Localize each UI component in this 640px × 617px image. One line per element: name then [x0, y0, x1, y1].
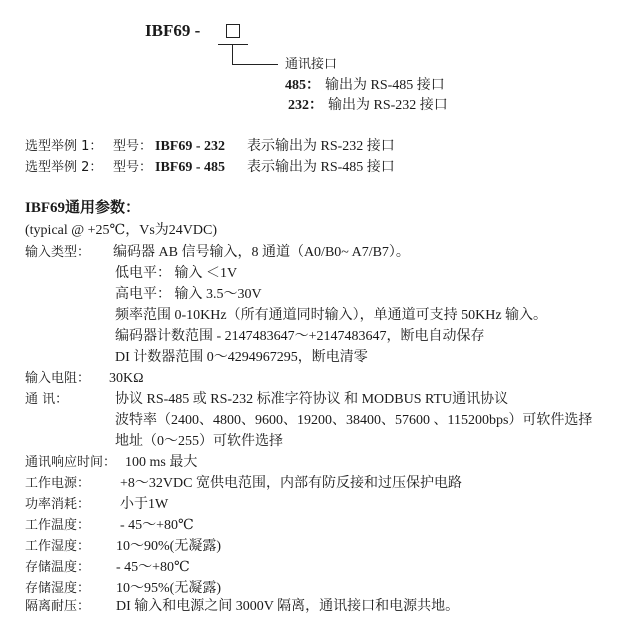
example-1-label: 选型举例 1：: [25, 138, 102, 156]
option-desc-485: 输出为 RS-485 接口: [325, 77, 445, 95]
example-2-model-label: 型号：: [113, 159, 152, 177]
input-high-level: 高电平： 输入 3.5～30V: [115, 286, 262, 304]
input-type-value: 编码器 AB 信号输入，8 通道（A0/B0~ A7/B7）。: [113, 244, 410, 262]
example-1-desc: 表示输出为 RS-232 接口: [247, 138, 395, 156]
operating-temp-label: 工作温度：: [25, 517, 90, 535]
isolation-label: 隔离耐压：: [25, 598, 90, 616]
branch-label: 通讯接口: [285, 56, 337, 74]
response-time-value: 100 ms 最大: [125, 454, 197, 472]
example-2-label: 选型举例 2：: [25, 159, 102, 177]
communication-protocol: 协议 RS-485 或 RS-232 标准字符协议 和 MODBUS RTU通讯…: [115, 391, 508, 409]
operating-temp-value: - 45～+80℃: [120, 517, 194, 535]
di-count-range: DI 计数器范围 0～4294967295，断电清零: [115, 349, 368, 367]
storage-temp-label: 存储温度：: [25, 559, 90, 577]
model-prefix: IBF69 -: [145, 20, 200, 42]
example-2-desc: 表示输出为 RS-485 接口: [247, 159, 395, 177]
storage-humidity-label: 存储湿度：: [25, 580, 90, 598]
specs-condition: (typical @ +25℃，Vs为24VDC): [25, 222, 217, 240]
storage-temp-value: - 45～+80℃: [116, 559, 190, 577]
power-consumption-value: 小于1W: [120, 496, 168, 514]
input-low-level: 低电平： 输入 ＜1V: [115, 265, 237, 283]
communication-label: 通 讯：: [25, 391, 68, 409]
option-code-232: 232：: [288, 97, 323, 115]
diagram-vertical-line: [232, 44, 233, 65]
input-type-label: 输入类型：: [25, 244, 90, 262]
input-frequency-range: 频率范围 0-10KHz（所有通道同时输入），单通道可支持 50KHz 输入。: [115, 307, 547, 325]
storage-humidity-value: 10～95%(无凝露): [116, 580, 221, 598]
option-code-485: 485：: [285, 77, 320, 95]
power-consumption-label: 功率消耗：: [25, 496, 90, 514]
power-supply-label: 工作电源：: [25, 475, 90, 493]
communication-address: 地址（0～255）可软件选择: [115, 433, 283, 451]
power-supply-value: +8～32VDC 宽供电范围，内部有防反接和过压保护电路: [120, 475, 462, 493]
response-time-label: 通讯响应时间：: [25, 454, 116, 472]
option-placeholder-box: [226, 24, 240, 38]
operating-humidity-label: 工作湿度：: [25, 538, 90, 556]
encoder-count-range: 编码器计数范围 - 2147483647～+2147483647，断电自动保存: [115, 328, 485, 346]
operating-humidity-value: 10～90%(无凝露): [116, 538, 221, 556]
isolation-value: DI 输入和电源之间 3000V 隔离，通讯接口和电源共地。: [116, 598, 459, 616]
option-desc-232: 输出为 RS-232 接口: [328, 97, 448, 115]
example-1-model: IBF69 - 232: [155, 138, 225, 156]
specs-title: IBF69通用参数：: [25, 199, 140, 217]
communication-baudrate: 波特率（2400、4800、9600、19200、38400、57600 、11…: [115, 412, 592, 430]
diagram-branch-line: [232, 64, 278, 65]
example-2-model: IBF69 - 485: [155, 159, 225, 177]
example-1-model-label: 型号：: [113, 138, 152, 156]
input-resistance-value: 30KΩ: [109, 370, 144, 388]
input-resistance-label: 输入电阻：: [25, 370, 90, 388]
